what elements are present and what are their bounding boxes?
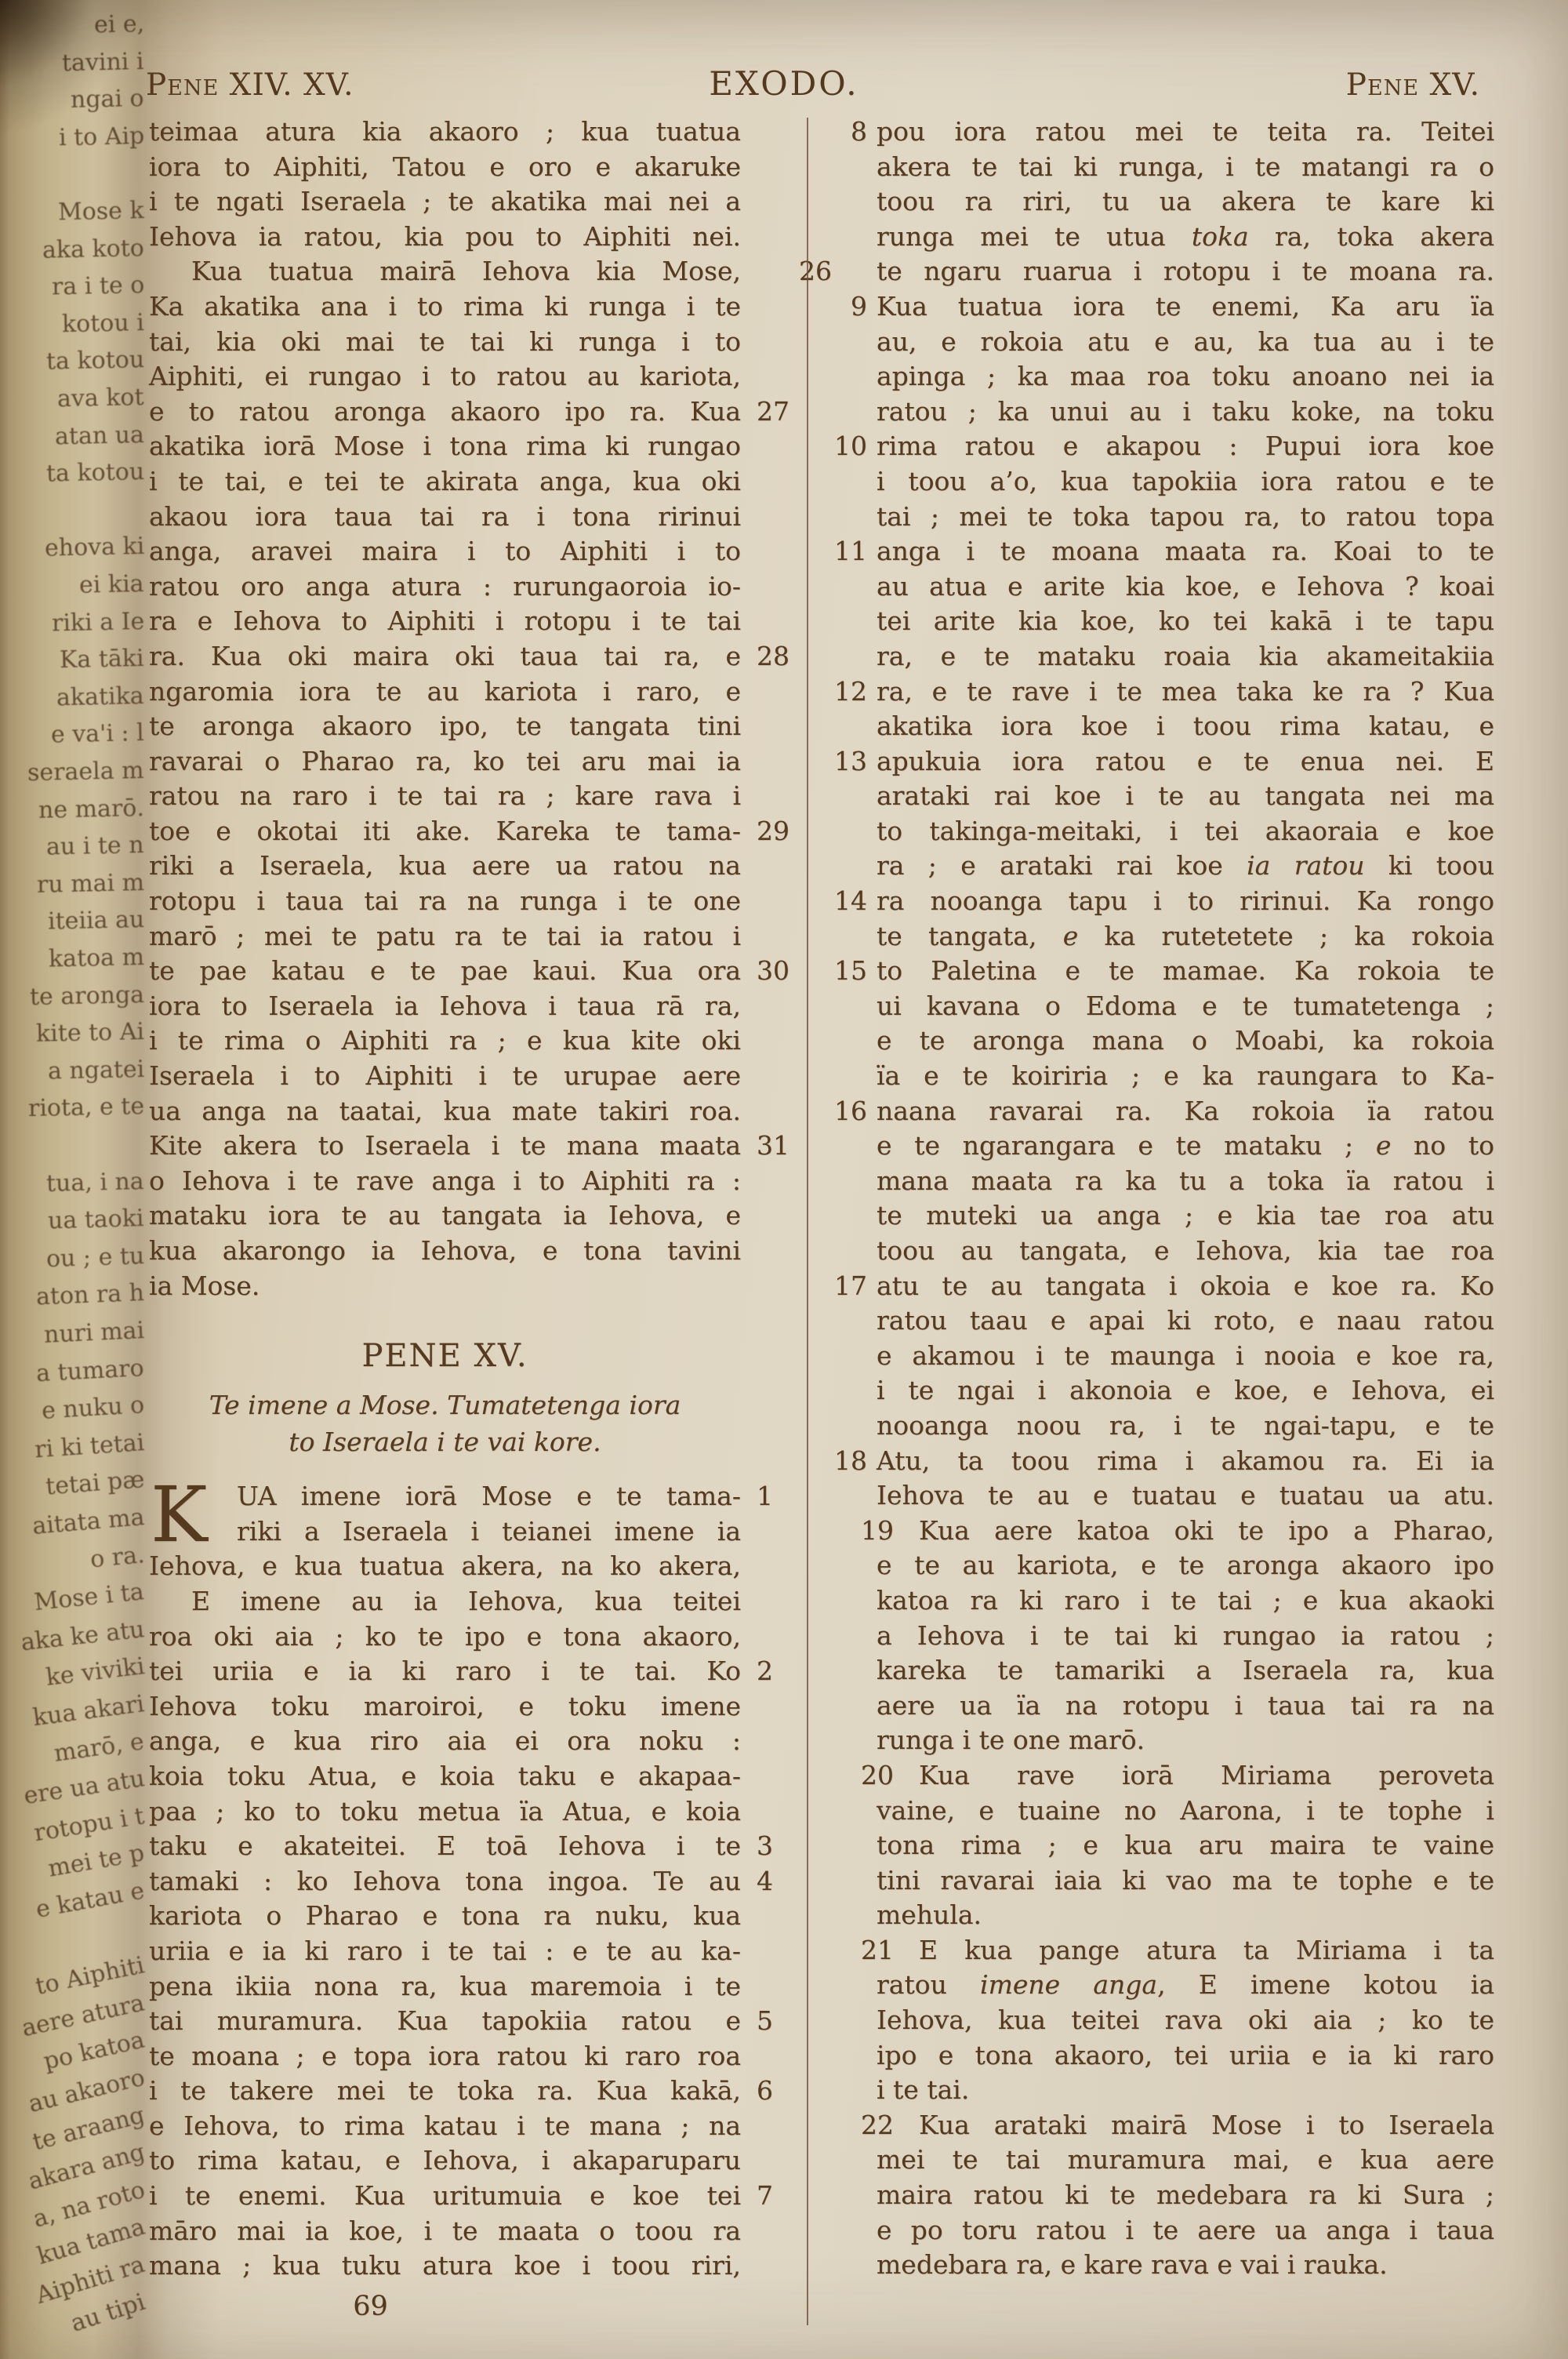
text-line: KUA imene iorā Mose e te tama-1 xyxy=(149,1479,741,1514)
text-line: Iehova te au e tuatau e tuatau ua atu. xyxy=(877,1478,1494,1514)
text-line: anga, aravei maira i to Aiphiti i to xyxy=(149,534,741,569)
verse-number: 4 xyxy=(757,1864,773,1899)
text-line: tamaki : ko Iehova tona ingoa. Te au4 xyxy=(149,1864,741,1899)
subtitle-line: to Iseraela i te vai kore. xyxy=(149,1423,741,1460)
gutter-text-fragment: ta kotou xyxy=(46,459,145,488)
text-line: te pae katau e te pae kaui. Kua ora30 xyxy=(149,954,741,989)
verse-number: 11 xyxy=(818,534,867,569)
verse-number: 2 xyxy=(757,1654,773,1689)
verse-number: 1 xyxy=(757,1479,773,1514)
verse-number: 29 xyxy=(757,814,789,849)
text-line: toe e okotai iti ake. Kareka te tama-29 xyxy=(149,814,741,849)
verse-number: 26 xyxy=(757,254,832,289)
text-line: au atua e arite kia koe, e Iehova ? koai xyxy=(877,569,1494,605)
text-line: ra, e te rave i te mea taka ke ra ? Kua1… xyxy=(877,674,1494,710)
chapter15-text-block: KUA imene iorā Mose e te tama-1riki a Is… xyxy=(149,1479,741,2284)
text-line: paa ; ko to toku metua ïa Atua, e koia xyxy=(149,1794,741,1830)
text-line: iora to Iseraela ia Iehova i taua rā ra, xyxy=(149,989,741,1024)
text-line: uriia e ia ki raro i te tai : e te au ka… xyxy=(149,1934,741,1969)
text-line: ratou taau e apai ki roto, e naau ratou xyxy=(877,1303,1494,1339)
text-line: apinga ; ka maa roa toku anoano nei ia xyxy=(877,359,1494,394)
text-line: Iehova toku maroiroi, e toku imene xyxy=(149,1689,741,1725)
text-line: e te ngarangara e te mataku ; e no to xyxy=(877,1129,1494,1164)
text-line: taku e akateitei. E toā Iehova i te3 xyxy=(149,1829,741,1864)
gutter-text-fragment: rotopu i t xyxy=(32,1803,146,1847)
text-line: ïa e te koiriria ; e ka raungara to Ka- xyxy=(877,1059,1494,1094)
verse-number: 9 xyxy=(818,289,867,325)
gutter-text-fragment: ua taoki xyxy=(48,1205,144,1234)
text-line: pou iora ratou mei te teita ra. Teitei8 xyxy=(877,114,1494,150)
text-line: Aiphiti, ei rungao i to ratou au kariota… xyxy=(149,359,741,394)
text-line: ngaromia iora te au kariota i raro, e xyxy=(149,674,741,710)
text-line: akatika iorā Mose i tona rima ki rungao xyxy=(149,429,741,464)
text-line: nooanga noou ra, i te ngai-tapu, e te xyxy=(877,1408,1494,1444)
text-line: riki a Iseraela i teianei imene ia xyxy=(149,1514,741,1550)
text-line: Kua tuatua iora te enemi, Ka aru ïa9 xyxy=(877,289,1494,325)
text-line: te ngaru ruarua i rotopu i te moana ra. xyxy=(877,254,1494,289)
text-line: Kua rave iorā Miriama peroveta20 xyxy=(877,1758,1494,1794)
text-line: toou au tangata, e Iehova, kia tae roa xyxy=(877,1234,1494,1269)
gutter-text-fragment: e katau e xyxy=(34,1877,147,1924)
text-line: Kite akera to Iseraela i te mana maata31 xyxy=(149,1129,741,1164)
gutter-text-fragment: Ka tāki xyxy=(60,645,144,674)
gutter-text-fragment: iteiia au xyxy=(47,907,144,936)
book-page: ei e,tavini ingai oi to AipMose kaka kot… xyxy=(0,0,1568,2359)
gutter-text-fragment: kotou i xyxy=(62,310,145,338)
gutter-text-fragment: aka ke atu xyxy=(20,1616,146,1656)
gutter-text-fragment: ehova ki xyxy=(44,533,144,562)
text-line: e po toru ratou i te aere ua anga i taua xyxy=(877,2213,1494,2248)
text-line: te moana ; e topa iora ratou ki raro roa xyxy=(149,2039,741,2074)
verse-number: 16 xyxy=(818,1094,867,1129)
verse-number: 8 xyxy=(818,114,867,150)
verse-number: 15 xyxy=(818,954,867,989)
text-line: e akamou i te maunga i nooia e koe ra, xyxy=(877,1339,1494,1374)
text-line: arataki rai koe i te au tangata nei ma xyxy=(877,779,1494,814)
text-line: medebara ra, e kare rava e vai i rauka. xyxy=(877,2248,1494,2283)
text-line: ra. Kua oki maira oki taua tai ra, e28 xyxy=(149,639,741,674)
text-line: tai, kia oki mai te tai ki runga i to xyxy=(149,325,741,360)
text-line: ra, e te mataku roaia kia akameitakiia xyxy=(877,639,1494,674)
text-line: a Iehova i te tai ki rungao ia ratou ; xyxy=(877,1619,1494,1654)
text-line: i te ngai i akonoia e koe, e Iehova, ei xyxy=(877,1373,1494,1408)
gutter-text-fragment: mei te p xyxy=(46,1841,147,1883)
gutter-text-fragment: ru mai m xyxy=(37,870,145,899)
text-line: Ka akatika ana i to rima ki runga i te xyxy=(149,289,741,325)
text-line: tai ; mei te toka tapou ra, to ratou top… xyxy=(877,500,1494,535)
verse-number: 13 xyxy=(818,744,867,780)
text-line: te aronga akaoro ipo, te tangata tini xyxy=(149,709,741,744)
verse-number: 5 xyxy=(757,2004,773,2039)
text-line: ua anga na taatai, kua mate takiri roa. xyxy=(149,1094,741,1129)
chapter-subtitle: Te imene a Mose. Tumatetenga iora to Ise… xyxy=(149,1387,741,1460)
gutter-text-fragment: marō, e xyxy=(53,1728,146,1768)
text-line: katoa ra ki raro i te tai ; e kua akaoki xyxy=(877,1583,1494,1619)
text-line: e te aronga mana o Moabi, ka rokoia xyxy=(877,1023,1494,1059)
text-line: tai muramura. Kua tapokiia ratou e5 xyxy=(149,2004,741,2039)
page-number: 69 xyxy=(149,2288,741,2324)
gutter-text-fragment: ei e, xyxy=(93,11,144,38)
running-head-title: EXODO. xyxy=(0,64,1568,103)
gutter-text-fragment: ou ; e tu xyxy=(45,1243,144,1273)
text-line: naana ravarai ra. Ka rokoia ïa ratou16 xyxy=(877,1094,1494,1129)
text-line: to Paletina e te mamae. Ka rokoia te15 xyxy=(877,954,1494,989)
gutter-text-fragment: kite to Ai xyxy=(36,1019,145,1048)
verse-number: 7 xyxy=(757,2179,773,2214)
gutter-text-fragment: riota, e te xyxy=(28,1093,145,1122)
left-column: teimaa atura kia akaoro ; kua tuatuaiora… xyxy=(149,114,741,2324)
text-line: Kua aere katoa oki te ipo a Pharao,19 xyxy=(877,1514,1494,1549)
text-line: i te enemi. Kua uritumuia e koe tei7 xyxy=(149,2179,741,2214)
text-line: rotopu i taua tai ra na runga i te one xyxy=(149,884,741,919)
text-line: o Iehova i te rave anga i to Aiphiti ra … xyxy=(149,1164,741,1199)
text-line: akatika iora koe i toou rima katau, e xyxy=(877,709,1494,744)
text-line: Kua tuatua mairā Iehova kia Mose,26 xyxy=(149,254,741,289)
gutter-text-fragment: o ra. xyxy=(89,1542,145,1573)
subtitle-line: Te imene a Mose. Tumatetenga iora xyxy=(149,1387,741,1423)
chapter-heading: PENE XV. xyxy=(149,1336,741,1376)
verse-number: 10 xyxy=(818,429,867,464)
text-line: kareka te tamariki a Iseraela ra, kua xyxy=(877,1653,1494,1688)
gutter-text-fragment: aitata ma xyxy=(31,1504,146,1540)
gutter-text-fragment: atan ua xyxy=(55,422,145,450)
text-line: Iehova, kua teitei rava oki aia ; ko te xyxy=(877,2003,1494,2038)
verse-number: 21 xyxy=(818,1933,867,1968)
text-line: maira ratou ki te medebara ra ki Sura ; xyxy=(877,2178,1494,2213)
verse-number: 19 xyxy=(818,1514,867,1549)
text-line: iora to Aiphiti, Tatou e oro e akaruke xyxy=(149,150,741,185)
text-line: roa oki aia ; ko te ipo e tona akaoro, xyxy=(149,1619,741,1655)
gutter-text-fragment: ta kotou xyxy=(46,347,145,376)
text-line: Iseraela i to Aiphiti i te urupae aere xyxy=(149,1059,741,1094)
text-line: aere ua ïa na rotopu i taua tai ra na xyxy=(877,1688,1494,1724)
text-line: atu te au tangata i okoia e koe ra. Ko17 xyxy=(877,1269,1494,1304)
text-line: teimaa atura kia akaoro ; kua tuatua xyxy=(149,114,741,150)
text-line: ra nooanga tapu i to ririnui. Ka rongo14 xyxy=(877,884,1494,919)
gutter-text-fragment: Mose k xyxy=(58,198,144,226)
gutter-text-fragment: te aronga xyxy=(30,982,145,1011)
text-line: vaine, e tuaine no Aarona, i te tophe i xyxy=(877,1794,1494,1829)
text-line: i te takere mei te toka ra. Kua kakā,6 xyxy=(149,2074,741,2109)
text-line: koia toku Atua, e koia taku e akapaa- xyxy=(149,1759,741,1794)
text-line: i te tai, e tei te akirata anga, kua oki xyxy=(149,464,741,500)
text-line: e te au kariota, e te aronga akaoro ipo xyxy=(877,1548,1494,1583)
text-line: tei arite kia koe, ko tei kakā i te tapu xyxy=(877,604,1494,639)
text-line: Iehova, e kua tuatua akera, na ko akera, xyxy=(149,1549,741,1584)
text-line: rima ratou e akapou : Pupui iora koe10 xyxy=(877,429,1494,464)
text-line: E kua pange atura ta Miriama i ta21 xyxy=(877,1933,1494,1968)
text-line: to takinga-meitaki, i tei akaoraia e koe xyxy=(877,814,1494,849)
text-line: ratou ; ka unui au i taku koke, na toku xyxy=(877,394,1494,430)
gutter-text-fragment: aton ra h xyxy=(35,1280,144,1310)
gutter-text-fragment: katoa m xyxy=(49,944,145,973)
gutter-text-fragment: i to Aip xyxy=(58,123,144,151)
gutter-text-fragment: ere ua atu xyxy=(22,1765,147,1810)
text-line: to rima katau, e Iehova, i akaparuparu xyxy=(149,2143,741,2179)
gutter-text-fragment: tua, i na xyxy=(46,1169,144,1198)
verse-number: 31 xyxy=(757,1129,789,1164)
gutter-text-fragment: nuri mai xyxy=(43,1318,144,1349)
gutter-text-fragment: seraela m xyxy=(27,758,144,787)
text-line: mataku iora te au tangata ia Iehova, e xyxy=(149,1198,741,1234)
text-line: runga i te one marō. xyxy=(877,1723,1494,1758)
text-line: apukuia iora ratou e te enua nei. E13 xyxy=(877,744,1494,780)
text-line: Kua arataki mairā Mose i to Iseraela22 xyxy=(877,2108,1494,2143)
text-line: te tangata, e ka rutetetete ; ka rokoia xyxy=(877,919,1494,954)
text-line: Atu, ta toou rima i akamou ra. Ei ia18 xyxy=(877,1444,1494,1479)
column-divider xyxy=(807,118,808,2325)
text-line: ipo e tona akaoro, tei uriia e ia ki rar… xyxy=(877,2038,1494,2074)
text-line: mei te tai muramura mai, e kua aere xyxy=(877,2143,1494,2178)
gutter-text-fragment: ava kot xyxy=(57,384,144,413)
text-line: marō ; mei te patu ra te tai ia ratou i xyxy=(149,919,741,954)
gutter-text-fragment: akatika xyxy=(56,683,144,711)
text-line: ia Mose. xyxy=(149,1269,741,1304)
verse-number: 6 xyxy=(757,2074,773,2109)
text-line: ratou na raro i te tai ra ; kare rava i xyxy=(149,779,741,814)
text-line: E imene au ia Iehova, kua teitei xyxy=(149,1584,741,1619)
text-line: pena ikiia nona ra, kua maremoia i te xyxy=(149,1969,741,2005)
text-line: māro mai ia koe, i te maata o toou ra xyxy=(149,2214,741,2249)
right-column: pou iora ratou mei te teita ra. Teitei8a… xyxy=(877,114,1494,2283)
chapter14-text-block: teimaa atura kia akaoro ; kua tuatuaiora… xyxy=(149,114,741,1303)
gutter-text-fragment: ra i te o xyxy=(51,272,144,300)
gutter-text-fragment: kua akari xyxy=(31,1691,146,1732)
gutter-text-fragment: e nuku o xyxy=(41,1392,145,1425)
verse-number: 20 xyxy=(818,1758,867,1794)
text-line: i toou a’o, kua tapokiia iora ratou e te xyxy=(877,464,1494,500)
gutter-text-fragment: ei kia xyxy=(79,571,144,599)
text-line: ui kavana o Edoma e te tumatetenga ; xyxy=(877,989,1494,1024)
gutter-text-fragment: tetai pæ xyxy=(45,1467,145,1500)
text-line: ra e Iehova to Aiphiti i rotopu i te tai xyxy=(149,604,741,639)
verse-number: 3 xyxy=(757,1829,773,1864)
text-line: kariota o Pharao e tona ra nuku, kua xyxy=(149,1899,741,1934)
text-line: akaou iora taua tai ra i tona ririnui xyxy=(149,500,741,535)
gutter-text-fragment: au i te n xyxy=(46,832,144,861)
gutter-text-fragment: Mose i ta xyxy=(33,1579,145,1616)
text-line: mehula. xyxy=(877,1898,1494,1933)
gutter-text-fragment: ke viviki xyxy=(45,1654,146,1692)
verse-number: 14 xyxy=(818,884,867,919)
text-line: i te tai. xyxy=(877,2073,1494,2108)
verse-number: 18 xyxy=(818,1444,867,1479)
text-line: ratou oro anga atura : rurungaoroia io- xyxy=(149,569,741,605)
text-line: e to ratou aronga akaoro ipo ra. Kua27 xyxy=(149,394,741,430)
text-line: tei uriia e ia ki raro i te tai. Ko2 xyxy=(149,1654,741,1689)
text-line: anga i te moana maata ra. Koai to te11 xyxy=(877,534,1494,569)
text-line: tini ravarai iaia ki vao ma te tophe e t… xyxy=(877,1863,1494,1899)
text-line: mana maata ra ka tu a toka ïa ratou i xyxy=(877,1164,1494,1199)
verse-number: 28 xyxy=(757,639,789,674)
text-line: kua akarongo ia Iehova, e tona tavini xyxy=(149,1234,741,1269)
text-line: anga, e kua riro aia ei ora noku : xyxy=(149,1724,741,1759)
verse-number: 22 xyxy=(818,2108,867,2143)
text-line: ravarai o Pharao ra, ko tei aru mai ia xyxy=(149,744,741,780)
text-line: te muteki ua anga ; e kia tae roa atu xyxy=(877,1198,1494,1234)
text-line: mana ; kua tuku atura koe i toou riri, xyxy=(149,2248,741,2284)
text-line: toou ra riri, tu ua akera te kare ki xyxy=(877,184,1494,220)
gutter-text-fragment: aka koto xyxy=(42,235,145,264)
text-line: riki a Iseraela, kua aere ua ratou na xyxy=(149,849,741,884)
left-gutter: ei e,tavini ingai oi to AipMose kaka kot… xyxy=(0,0,165,2359)
text-line: au, e rokoia atu e au, ka tua au i te xyxy=(877,325,1494,360)
text-line: runga mei te utua toka ra, toka akera xyxy=(877,220,1494,255)
running-head-right: Pene XV. xyxy=(1346,67,1480,103)
verse-number: 12 xyxy=(818,674,867,710)
text-line: e Iehova, to rima katau i te mana ; na xyxy=(149,2109,741,2144)
verse-number: 27 xyxy=(757,394,789,430)
text-line: ratou imene anga, E imene kotou ia xyxy=(877,1968,1494,2003)
text-line: i te rima o Aiphiti ra ; e kua kite oki xyxy=(149,1023,741,1059)
text-line: tona rima ; e kua aru maira te vaine xyxy=(877,1828,1494,1863)
gutter-text-fragment: ri ki tetai xyxy=(34,1430,145,1463)
verse-number: 17 xyxy=(818,1269,867,1304)
gutter-text-fragment: e va'i : l xyxy=(51,720,144,748)
text-line: ra ; e arataki rai koe ia ratou ki toou xyxy=(877,849,1494,884)
page-header: Pene XIV. XV. EXODO. Pene XV. xyxy=(0,67,1568,111)
gutter-text-fragment: a ngatei xyxy=(47,1056,144,1085)
gutter-text-fragment: riki a Ie xyxy=(51,609,144,637)
gutter-text-fragment: a tumaro xyxy=(36,1355,145,1387)
verse-number: 30 xyxy=(757,954,789,989)
text-line: akera te tai ki runga, i te matangi ra o xyxy=(877,150,1494,185)
text-line: Iehova ia ratou, kia pou to Aiphiti nei. xyxy=(149,220,741,255)
gutter-text-fragment: ne marō. xyxy=(38,795,145,824)
text-line: i te ngati Iseraela ; te akatika mai nei… xyxy=(149,184,741,220)
